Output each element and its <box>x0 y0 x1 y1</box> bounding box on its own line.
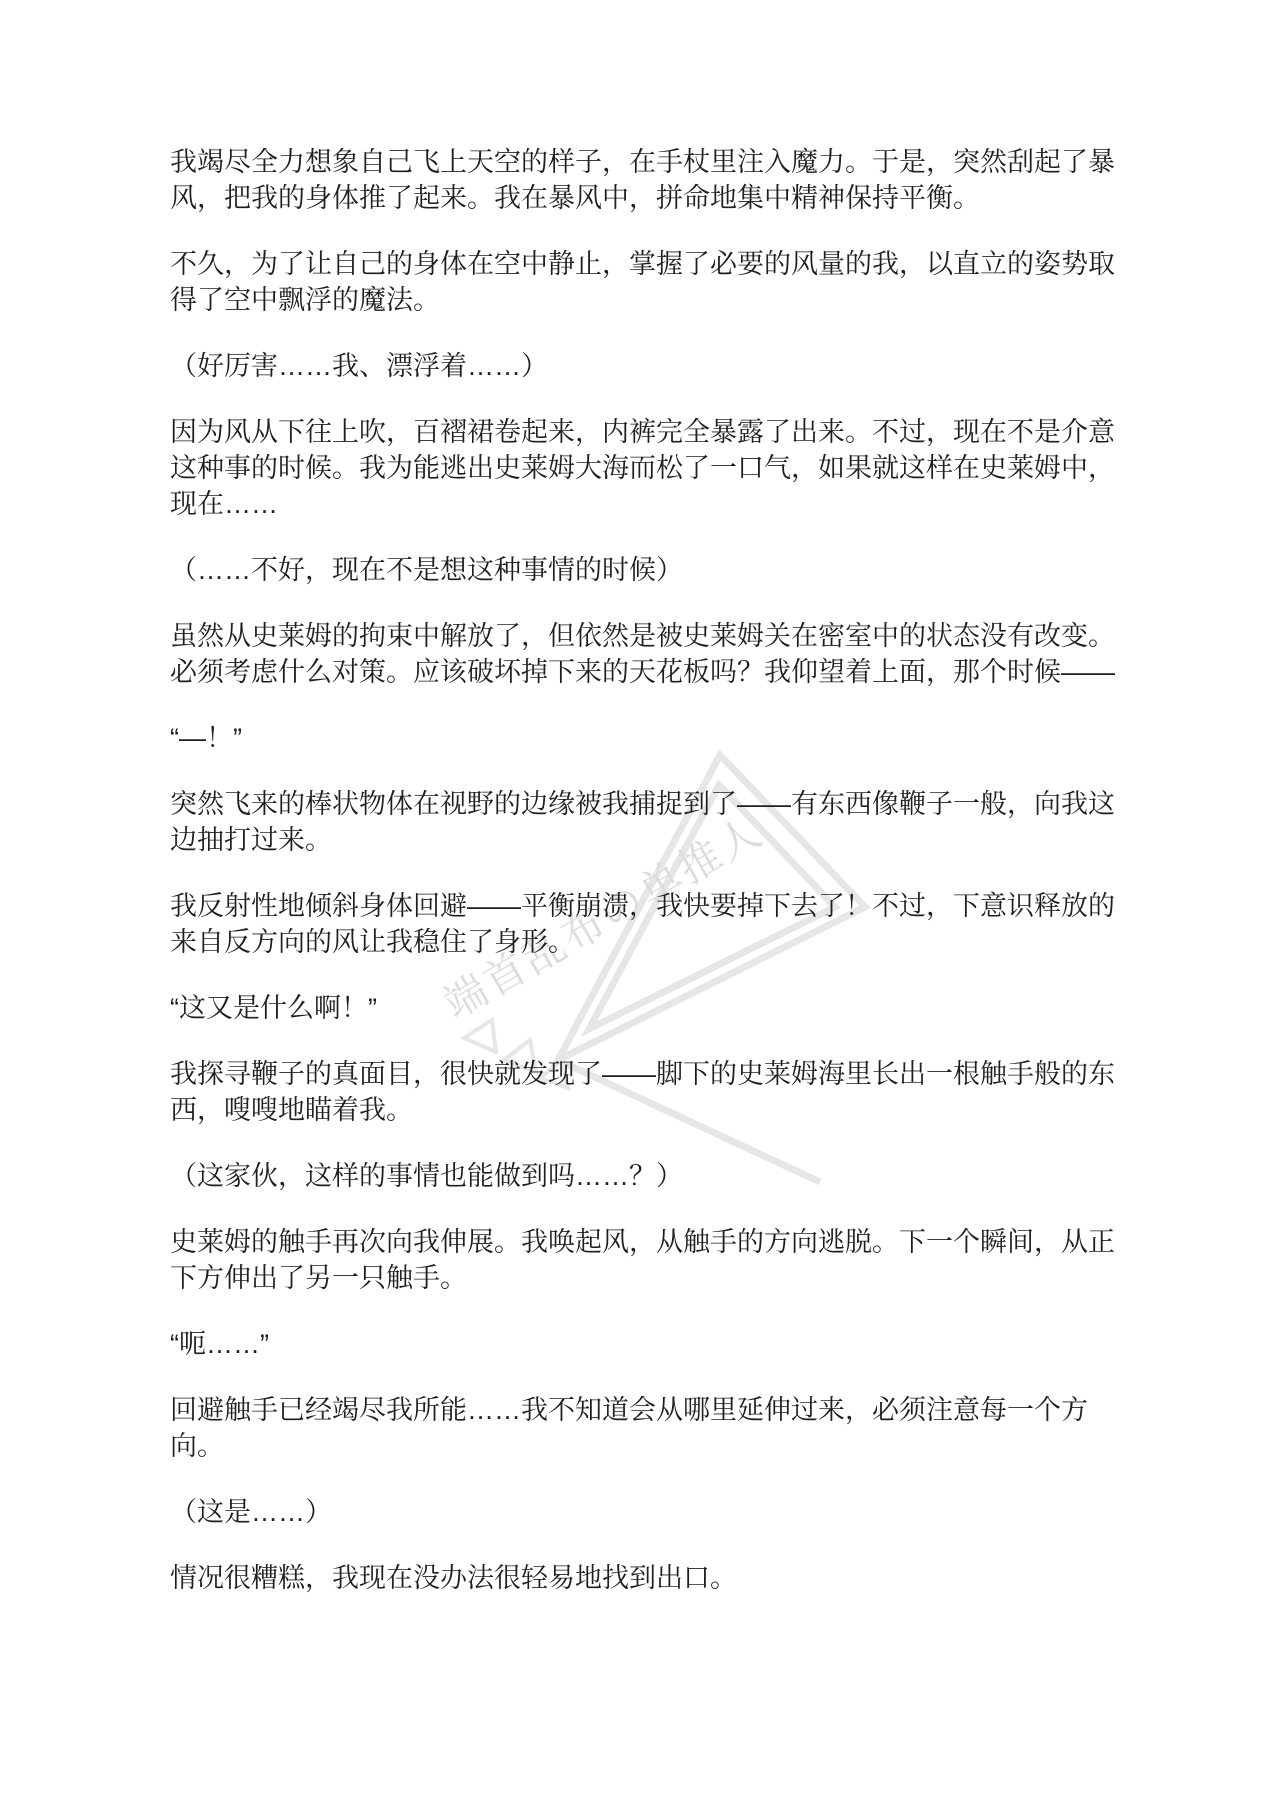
paragraph-dialogue: “这又是什么啊！” <box>170 990 1120 1026</box>
paragraph-thought: （好厉害……我、漂浮着……） <box>170 348 1120 384</box>
paragraph-narration: 我探寻鞭子的真面目，很快就发现了——脚下的史莱姆海里长出一根触手般的东 西，嗖嗖… <box>170 1056 1120 1128</box>
paragraph-narration: 因为风从下往上吹，百褶裙卷起来，内裤完全暴露了出来。不过，现在不是介意 这种事的… <box>170 414 1120 522</box>
paragraph-narration: 虽然从史莱姆的拘束中解放了，但依然是被史莱姆关在密室中的状态没有改变。 必须考虑… <box>170 618 1120 690</box>
paragraph-narration: 突然飞来的棒状物体在视野的边缘被我捕捉到了——有东西像鞭子一般，向我这 边抽打过… <box>170 786 1120 858</box>
paragraph-thought: （这家伙，这样的事情也能做到吗……？） <box>170 1158 1120 1194</box>
document-page: 端首乱布の单推人 我竭尽全力想象自己飞上天空的样子，在手杖里注入魔力。于是，突然… <box>0 0 1280 1810</box>
paragraph-narration: 情况很糟糕，我现在没办法很轻易地找到出口。 <box>170 1560 1120 1596</box>
paragraph-thought: （这是……） <box>170 1494 1120 1530</box>
page-text: 我竭尽全力想象自己飞上天空的样子，在手杖里注入魔力。于是，突然刮起了暴 风，把我… <box>170 144 1120 1626</box>
paragraph-thought: （……不好，现在不是想这种事情的时候） <box>170 552 1120 588</box>
paragraph-dialogue: “呃……” <box>170 1326 1120 1362</box>
paragraph-narration: 史莱姆的触手再次向我伸展。我唤起风，从触手的方向逃脱。下一个瞬间，从正 下方伸出… <box>170 1224 1120 1296</box>
paragraph-narration: 我反射性地倾斜身体回避——平衡崩溃，我快要掉下去了！不过，下意识释放的 来自反方… <box>170 888 1120 960</box>
paragraph-dialogue: “—！” <box>170 720 1120 756</box>
paragraph-narration: 回避触手已经竭尽我所能……我不知道会从哪里延伸过来，必须注意每一个方 向。 <box>170 1392 1120 1464</box>
paragraph-narration: 我竭尽全力想象自己飞上天空的样子，在手杖里注入魔力。于是，突然刮起了暴 风，把我… <box>170 144 1120 216</box>
paragraph-narration: 不久，为了让自己的身体在空中静止，掌握了必要的风量的我，以直立的姿势取 得了空中… <box>170 246 1120 318</box>
